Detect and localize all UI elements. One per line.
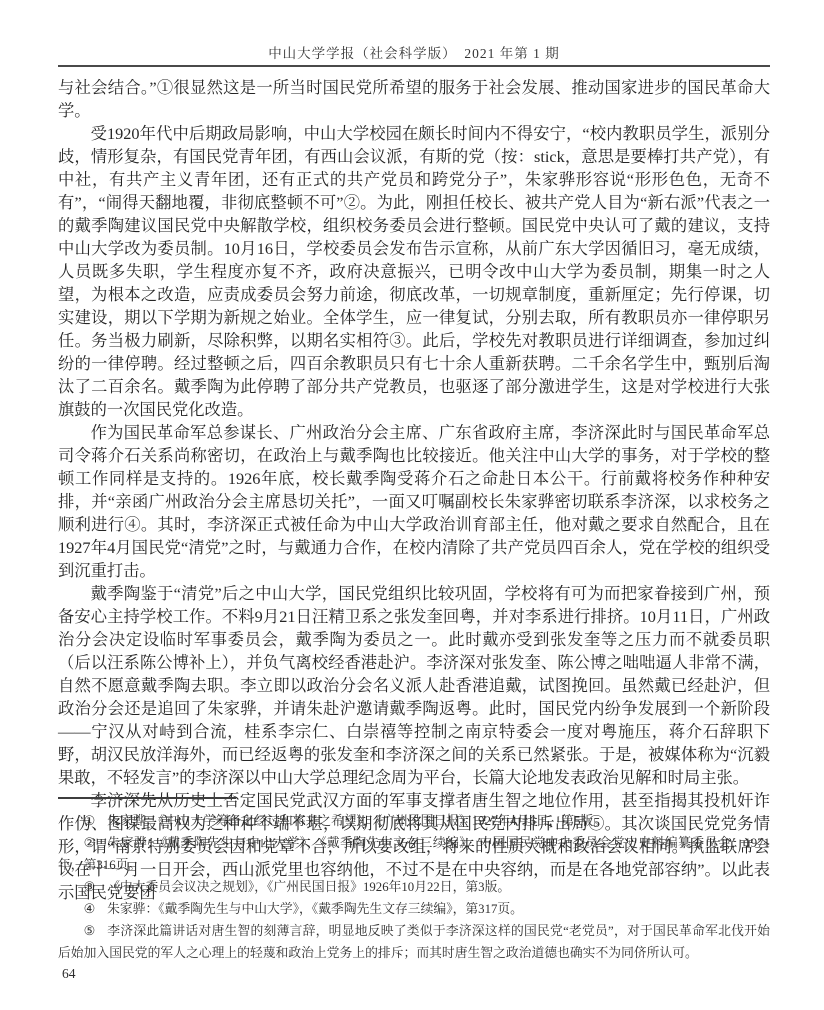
footnote-text: 朱家骅：《戴季陶先生与中山大学》，《戴季陶先生文存三续编》，第317页。 [107,902,523,916]
footnote-text: 李济深此篇讲话对唐生智的刻薄言辞，明显地反映了类似于李济深这样的国民党“老党员”… [58,924,770,960]
footnote: ④朱家骅：《戴季陶先生与中山大学》，《戴季陶先生文存三续编》，第317页。 [58,898,770,920]
paragraph: 作为国民革命军总参谋长、广州政治分会主席、广东省政府主席，李济深此时与国民革命军… [58,421,770,582]
footnote-marker: ③ [84,880,95,894]
footnote-marker: ① [84,814,95,828]
footnote-marker: ④ [84,902,95,916]
paragraph-continuation: 与社会结合。”①很显然这是一所当时国民党所希望的服务于社会发展、推动国家进步的国… [58,76,770,122]
journal-page: 中山大学学报（社会科学版） 2021 年第 1 期 与社会结合。”①很显然这是一… [0,0,824,1010]
header-rule [58,65,770,67]
footnote: ①朱家骅：《中山大学筹备之经过和将来之希望》，《广州民国日报》1927年4月6日… [58,810,770,832]
footnote: ⑤李济深此篇讲话对唐生智的刻薄言辞，明显地反映了类似于李济深这样的国民党“老党员… [58,920,770,964]
running-head: 中山大学学报（社会科学版） 2021 年第 1 期 [58,42,770,62]
footnote-marker: ② [84,836,96,850]
footnotes: ①朱家骅：《中山大学筹备之经过和将来之希望》，《广州民国日报》1927年4月6日… [58,810,770,964]
paragraph: 戴季陶鉴于“清党”后之中山大学，国民党组织比较巩固，学校将有可为而把家眷接到广州… [58,582,770,789]
footnote: ③《中大委员会议决之规划》，《广州民国日报》1926年10月22日，第3版。 [58,876,770,898]
page-number: 64 [62,966,76,982]
footnote-text: 朱家骅：《戴季陶先生与中山大学》，《戴季陶先生文存三续编》，中国国民党中央委员会… [58,836,770,872]
paragraph: 受1920年代中后期政局影响，中山大学校园在颇长时间内不得安宁，“校内教职员学生… [58,122,770,421]
article-body: 与社会结合。”①很显然这是一所当时国民党所希望的服务于社会发展、推动国家进步的国… [58,76,770,904]
footnote-marker: ⑤ [84,924,96,938]
footnote-text: 《中大委员会议决之规划》，《广州民国日报》1926年10月22日，第3版。 [107,880,510,894]
footnote: ②朱家骅：《戴季陶先生与中山大学》，《戴季陶先生文存三续编》，中国国民党中央委员… [58,832,770,876]
footnote-separator [58,797,236,799]
footnote-text: 朱家骅：《中山大学筹备之经过和将来之希望》，《广州民国日报》1927年4月6日，… [107,814,606,828]
